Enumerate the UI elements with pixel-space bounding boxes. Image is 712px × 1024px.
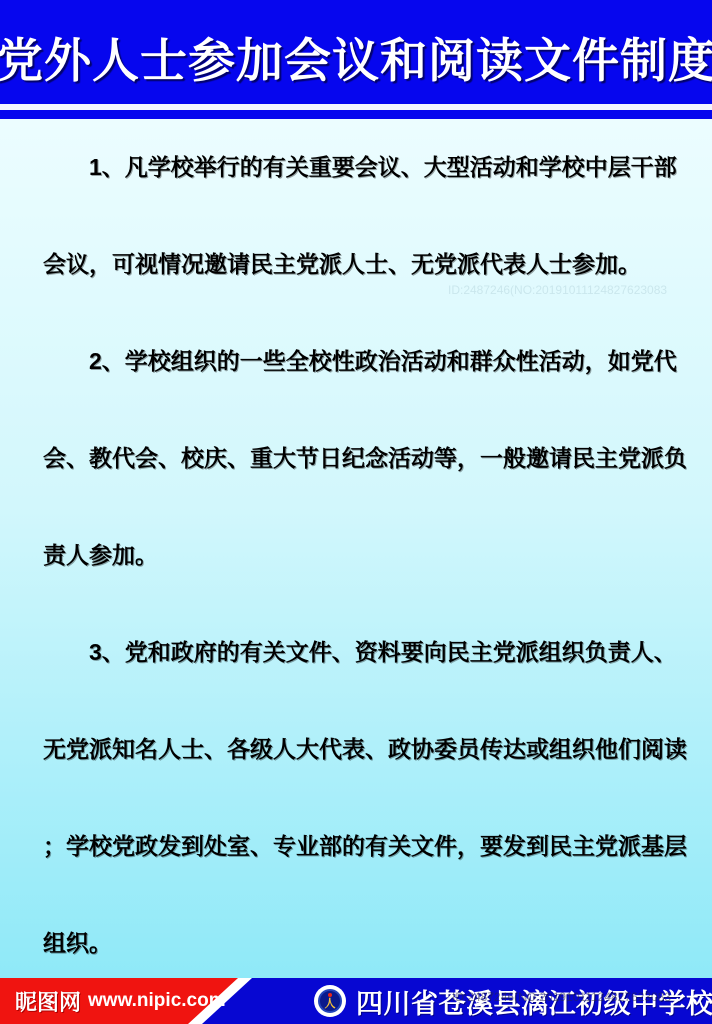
title-banner: 党外人士参加会议和阅读文件制度	[0, 0, 712, 104]
school-logo-icon: 人	[314, 985, 346, 1017]
header-divider-blue	[0, 110, 712, 119]
rule-paragraph-3: 3、党和政府的有关文件、资料要向民主党派组织负责人、 无党派知名人士、各级人大代…	[43, 604, 704, 978]
poster-body: 1、凡学校举行的有关重要会议、大型活动和学校中层干部 会议，可视情况邀请民主党派…	[0, 119, 712, 978]
emblem-star-dot	[328, 993, 332, 997]
poster-page: 党外人士参加会议和阅读文件制度 1、凡学校举行的有关重要会议、大型活动和学校中层…	[0, 0, 712, 1024]
nipic-branding: 昵图网 www.nipic.com	[15, 978, 226, 1024]
faint-watermark-text: ID:2487246(NO:20191011124827623083	[448, 283, 667, 297]
nipic-logo-text: 昵图网	[15, 986, 81, 1017]
school-emblem: 人	[318, 989, 342, 1013]
footer-bar: 昵图网 www.nipic.com 人 四川省苍溪县漓江初级中学校 ID:248…	[0, 978, 712, 1024]
emblem-figure: 人	[325, 997, 336, 1011]
watermark-id-text: ID:2487246(NO:20191011124827623083	[452, 990, 671, 1004]
rule-paragraph-2: 2、学校组织的一些全校性政治活动和群众性活动，如党代 会、教代会、校庆、重大节日…	[43, 313, 704, 604]
nipic-url-text: www.nipic.com	[88, 990, 226, 1012]
poster-title: 党外人士参加会议和阅读文件制度	[0, 14, 712, 91]
